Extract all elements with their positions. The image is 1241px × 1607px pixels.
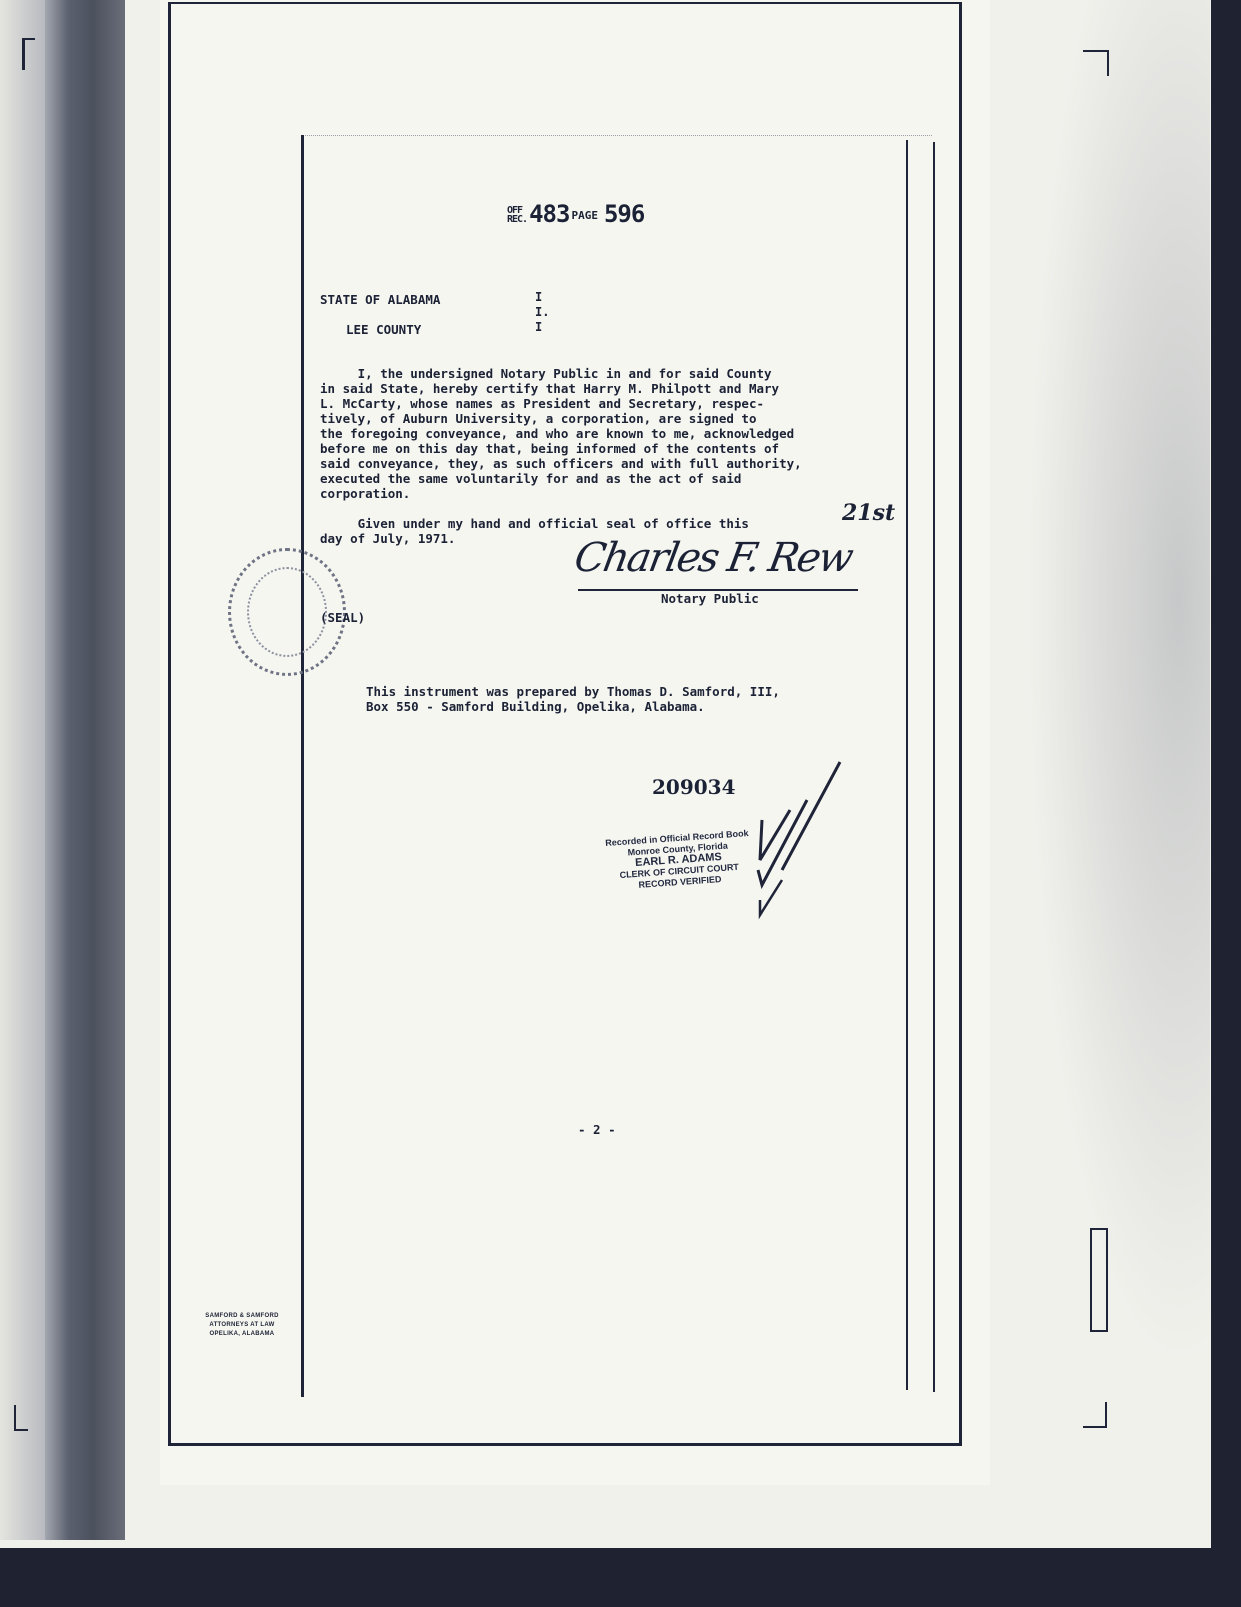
crop-mark-top-left [22,38,35,70]
law-firm-footer: SAMFORD & SAMFORD ATTORNEYS AT LAW OPELI… [186,1312,298,1339]
venue-bracket: I I. I [535,290,549,335]
record-number: 209034 [652,775,736,799]
page-number-ref: 596 [604,200,644,228]
official-record-prefix: OFF REC. [507,206,527,224]
right-margin-rule [906,140,908,1390]
notary-title: Notary Public [661,591,759,606]
book-number: 483 [529,200,569,228]
scan-edge-bottom [0,1548,1241,1607]
left-margin-rule [301,135,304,1397]
crop-mark-bottom-right [1083,1402,1107,1428]
recording-stamp: Recorded in Official Record Book Monroe … [594,827,762,893]
page-number: - 2 - [578,1122,616,1137]
venue-state: STATE OF ALABAMA [320,292,440,307]
firm-name: SAMFORD & SAMFORD [186,1312,298,1321]
crop-mark-bottom-left [14,1405,28,1431]
scan-shadow-left [45,0,125,1540]
firm-location: OPELIKA, ALABAMA [186,1330,298,1339]
crop-mark-top-right [1083,50,1109,76]
acknowledgment-paragraph: I, the undersigned Notary Public in and … [320,366,802,501]
book-page-reference: OFF REC.483PAGE596 [507,200,644,228]
scan-edge-right [1211,0,1241,1607]
scan-edge-left-fade [0,0,45,1540]
seal-label: (SEAL) [320,610,365,625]
handwritten-day: 21st [842,500,895,526]
right-margin-rule-outer [933,142,935,1392]
top-margin-rule [302,135,932,136]
venue-county: LEE COUNTY [346,322,421,337]
checkmark-icon [752,760,842,920]
firm-descriptor: ATTORNEYS AT LAW [186,1321,298,1330]
prepared-by-statement: This instrument was prepared by Thomas D… [366,684,780,714]
registration-bar-mark [1090,1228,1108,1332]
notary-signature: Charles F. Rew [571,535,855,581]
page-label: PAGE [571,209,598,222]
